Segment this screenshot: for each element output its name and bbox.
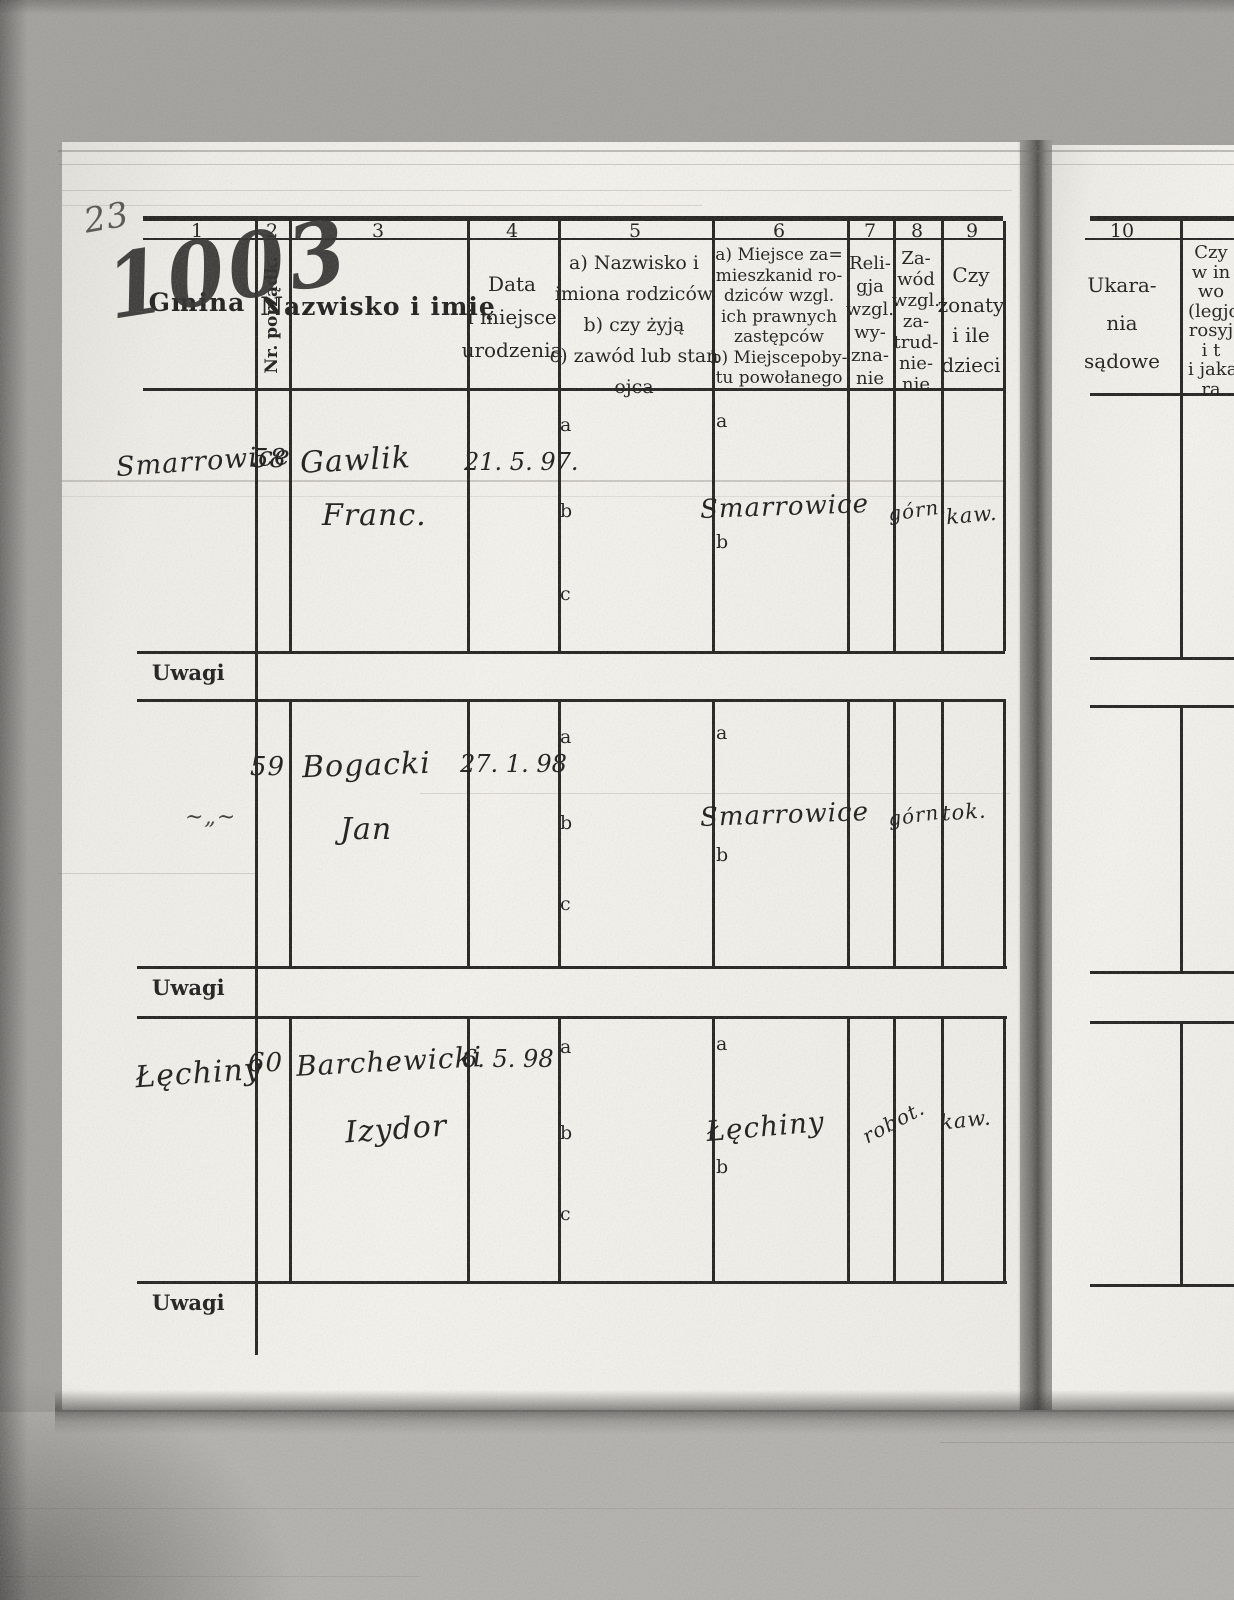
scanned-register-page: 1 2 3 4 5 6 7 8 9 10 Gmina Nr. porządk. … — [0, 0, 1234, 1600]
scan-vignette — [0, 0, 1234, 1600]
